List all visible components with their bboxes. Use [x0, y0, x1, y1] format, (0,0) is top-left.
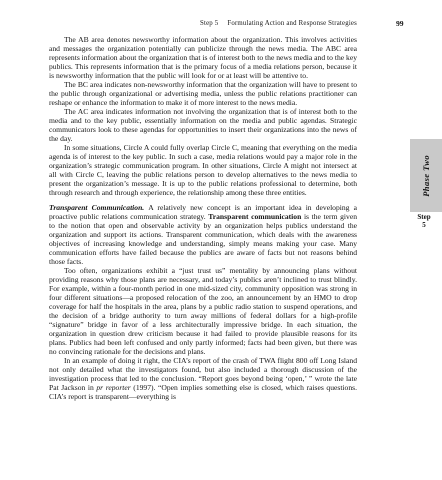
phase-two-tab: Phase Two	[410, 139, 442, 212]
paragraph-transparent-communication: Transparent Communication.A relatively n…	[49, 203, 357, 266]
book-page: Step 5Formulating Action and Response St…	[0, 0, 442, 480]
step-number: 5	[408, 222, 440, 230]
paragraph-bc-area: The BC area indicates non-newsworthy inf…	[49, 80, 357, 107]
phase-two-tab-label: Phase Two	[421, 155, 431, 197]
paragraph-segment: is the term given to the notion that ope…	[49, 212, 357, 266]
running-head-step: Step 5	[200, 20, 218, 27]
paragraph-just-trust-us: Too often, organizations exhibit a “just…	[49, 266, 357, 356]
paragraph-ab-area: The AB area denotes newsworthy informati…	[49, 35, 357, 80]
runin-heading: Transparent Communication.	[49, 203, 144, 212]
page-number: 99	[396, 19, 404, 28]
paragraph-ac-area: The AC area indicates information not in…	[49, 107, 357, 143]
paragraph-cia-example: In an example of doing it right, the CIA…	[49, 356, 357, 401]
step-tab-label: Step 5	[408, 214, 440, 229]
running-head-title: Formulating Action and Response Strategi…	[227, 20, 357, 27]
bold-key-term: Transparent communication	[208, 212, 301, 221]
paragraph-circle-overlap: In some situations, Circle A could fully…	[49, 143, 357, 197]
italic-publication-name: pr reporter	[96, 383, 130, 392]
running-head: Step 5Formulating Action and Response St…	[49, 20, 357, 27]
body-text: The AB area denotes newsworthy informati…	[49, 35, 357, 401]
